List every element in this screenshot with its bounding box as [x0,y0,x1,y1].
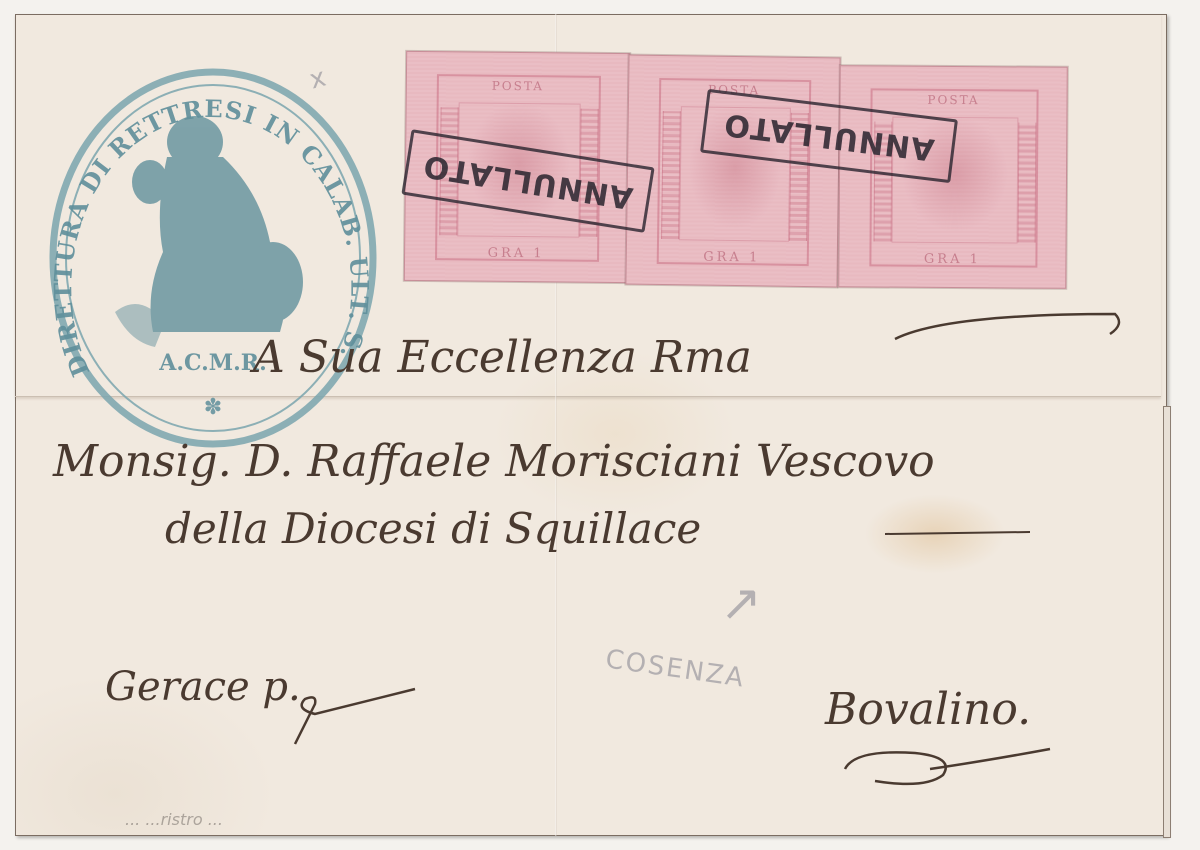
origin-flourish [275,674,435,754]
pen-flourishes [705,294,1125,594]
madonna-figure-icon [115,116,303,347]
inner-sheet-edge [1163,406,1171,838]
oval-handstamp-seal: DIRETTURA DI RETTRESI IN CALAB. ULT. S. … [45,62,380,452]
stamp-value-text: GRA 1 [627,249,837,267]
stamp-value-text: GRA 1 [839,251,1065,268]
pencil-arrow-icon: ↗ [720,574,762,632]
seal-graphic: DIRETTURA DI RETTRESI IN CALAB. ULT. S. … [45,62,380,452]
origin-gerace: Gerace p. [105,664,301,710]
seal-ornament-icon: ✽ [204,395,222,420]
destination-flourish [835,739,1075,799]
postal-cover: DIRETTURA DI RETTRESI IN CALAB. ULT. S. … [15,14,1167,836]
address-line-1: A Sua Eccellenza Rma [253,332,752,383]
stamp-posta-text: POSTA [407,78,629,94]
pencil-cosenza-note: COSENZA [604,644,747,693]
stamp-posta-text: POSTA [840,92,1066,108]
seal-initials: A.C.M.R. [158,350,266,376]
stamp-strip: POSTA GRA 1 POSTA GRA 1 POSTA GRA 1 ANNU… [405,52,1075,287]
stamp-3: POSTA GRA 1 [838,65,1068,289]
destination-bovalino: Bovalino. [825,684,1031,735]
address-line-3: della Diocesi di Squillace [165,504,701,553]
stamp-value-text: GRA 1 [405,245,627,262]
stamp-2: POSTA GRA 1 [625,55,840,288]
bleedthrough-text: ... ...ristro ... [125,810,223,829]
